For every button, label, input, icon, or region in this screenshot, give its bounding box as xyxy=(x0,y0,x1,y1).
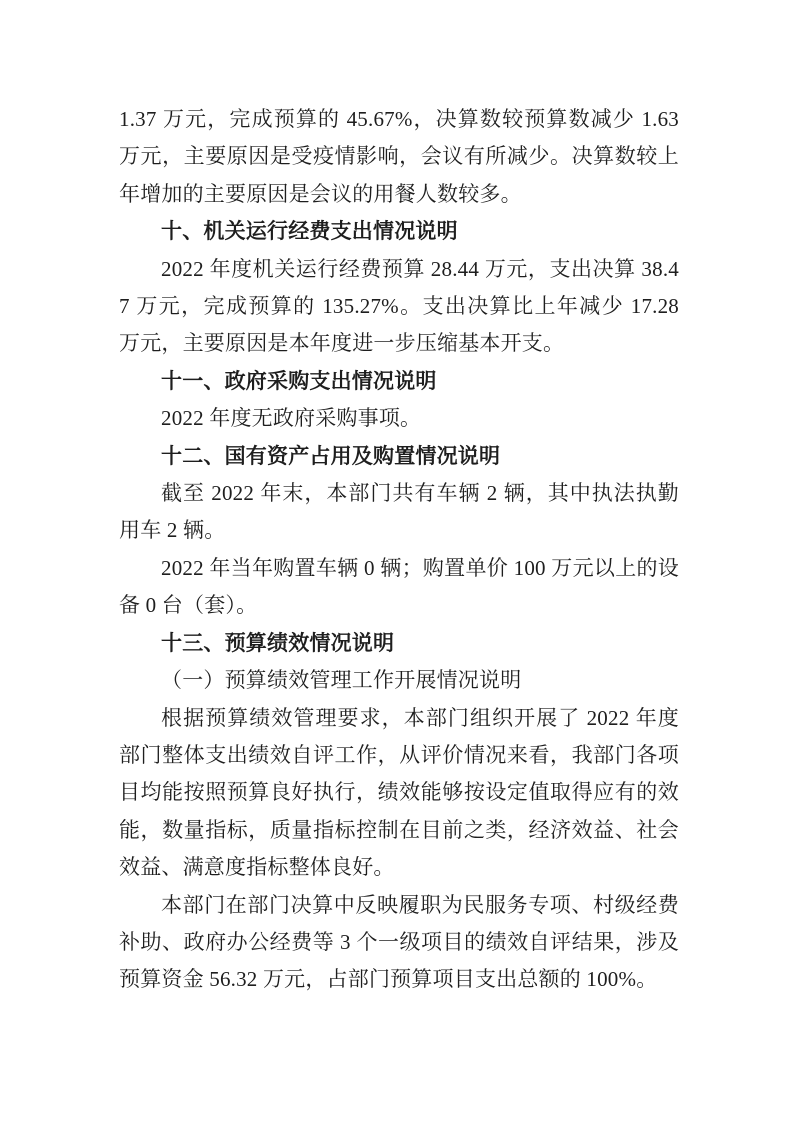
paragraph-vehicle-purchases: 2022 年当年购置车辆 0 辆；购置单价 100 万元以上的设备 0 台（套）… xyxy=(119,550,679,625)
heading-section-10-operating-expense: 十、机关运行经费支出情况说明 xyxy=(119,213,679,250)
paragraph-performance-self-evaluation: 根据预算绩效管理要求，本部门组织开展了 2022 年度部门整体支出绩效自评工作，… xyxy=(119,700,679,887)
paragraph-vehicle-holdings: 截至 2022 年末，本部门共有车辆 2 辆，其中执法执勤用车 2 辆。 xyxy=(119,475,679,550)
subheading-performance-management: （一）预算绩效管理工作开展情况说明 xyxy=(119,662,679,699)
heading-section-12-state-assets: 十二、国有资产占用及购置情况说明 xyxy=(119,438,679,475)
paragraph-performance-projects-summary: 本部门在部门决算中反映履职为民服务专项、村级经费补助、政府办公经费等 3 个一级… xyxy=(119,887,679,999)
document-page: 1.37 万元，完成预算的 45.67%，决算数较预算数减少 1.63 万元，主… xyxy=(0,0,793,1122)
heading-section-11-government-procurement: 十一、政府采购支出情况说明 xyxy=(119,363,679,400)
paragraph-procurement-detail: 2022 年度无政府采购事项。 xyxy=(119,400,679,437)
heading-section-13-budget-performance: 十三、预算绩效情况说明 xyxy=(119,625,679,662)
paragraph-operating-expense-detail: 2022 年度机关运行经费预算 28.44 万元，支出决算 38.47 万元，完… xyxy=(119,251,679,363)
paragraph-meeting-expense-continuation: 1.37 万元，完成预算的 45.67%，决算数较预算数减少 1.63 万元，主… xyxy=(119,101,679,213)
